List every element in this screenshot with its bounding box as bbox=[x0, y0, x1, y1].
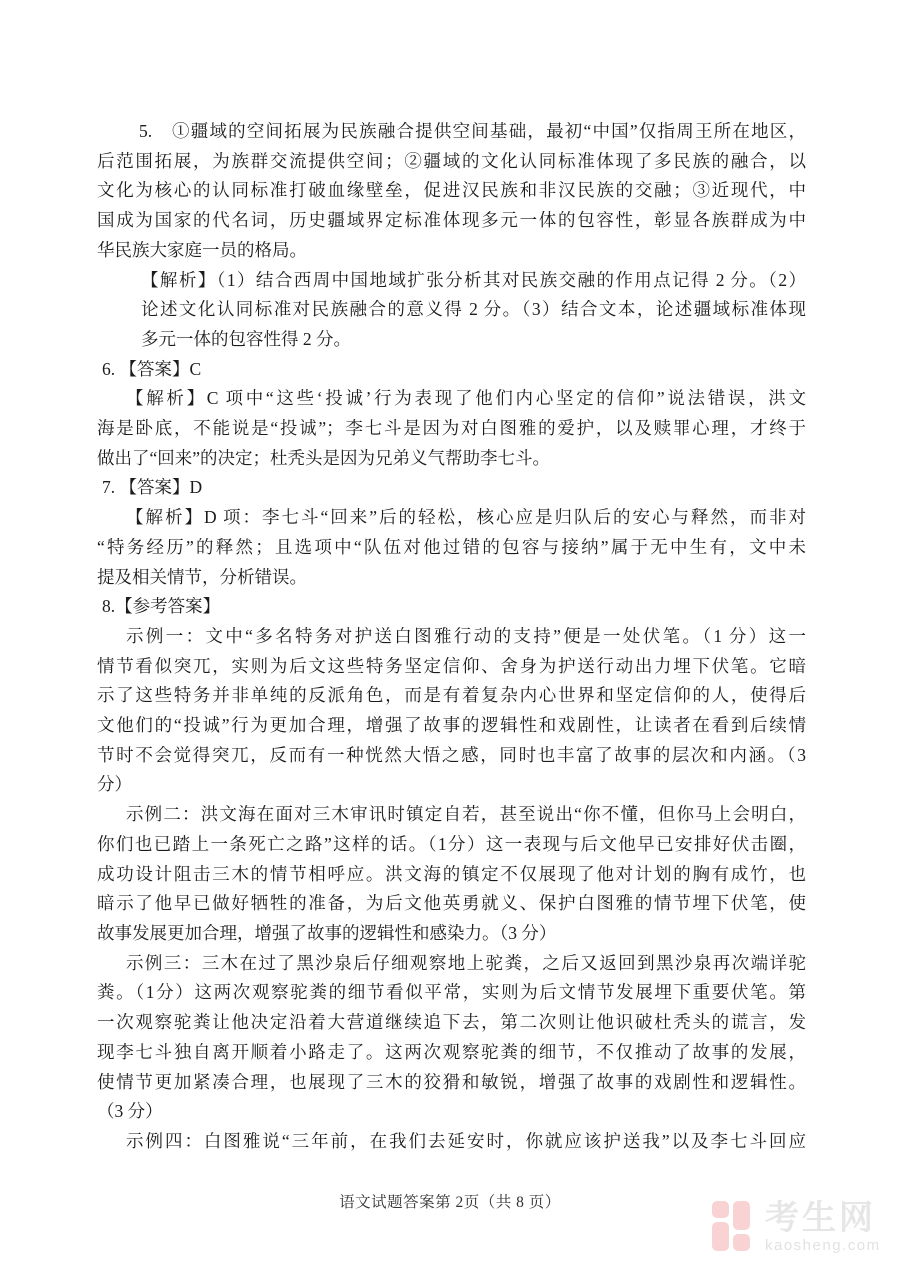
logo-block bbox=[712, 1201, 729, 1218]
watermark-brand: 考生网 bbox=[765, 1201, 881, 1235]
text-line: 示了这些特务并非单纯的反派角色，而是有着复杂内心世界和坚定信仰的人，使得后 bbox=[97, 681, 806, 711]
text-line: 论述文化认同标准对民族融合的意义得 2 分。（3）结合文本，论述疆域标准体现 bbox=[141, 295, 806, 325]
text-line: 示例三：三木在过了黑沙泉后仔细观察地上驼粪，之后又返回到黑沙泉再次端详驼 bbox=[97, 949, 806, 979]
text-line: 【解析】C 项中“这些‘投诚’行为表现了他们内心坚定的信仰”说法错误，洪文 bbox=[97, 384, 806, 414]
text-line: 华民族大家庭一员的格局。 bbox=[97, 236, 806, 266]
text-line: （3 分） bbox=[97, 1097, 806, 1127]
kaosheng-logo-icon bbox=[712, 1201, 752, 1253]
text-line: “特务经历”的释然；且选项中“队伍对他过错的包容与接纳”属于无中生有，文中未 bbox=[97, 533, 806, 563]
text-line: 示例二：洪文海在面对三木审讯时镇定自若，甚至说出“你不懂，但你马上会明白， bbox=[97, 800, 806, 830]
text-line: 5. ①疆域的空间拓展为民族融合提供空间基础，最初“中国”仅指周王所在地区， bbox=[97, 117, 806, 147]
text-line: 成功设计阻击三木的情节相呼应。洪文海的镇定不仅展现了他对计划的胸有成竹，也 bbox=[97, 860, 806, 890]
text-line: 故事发展更加合理，增强了故事的逻辑性和感染力。（3 分） bbox=[97, 919, 806, 949]
text-line: 节时不会觉得突兀，反而有一种恍然大悟之感，同时也丰富了故事的层次和内涵。（3 bbox=[97, 741, 806, 771]
text-line: 【解析】（1）结合西周中国地域扩张分析其对民族交融的作用点记得 2 分。（2） bbox=[141, 266, 806, 296]
text-line: 使情节更加紧凑合理，也展现了三木的狡猾和敏锐，增强了故事的戏剧性和逻辑性。 bbox=[97, 1068, 806, 1098]
text-line: 7. 【答案】D bbox=[97, 473, 806, 503]
watermark-text: 考生网 kaosheng.com bbox=[765, 1201, 881, 1255]
text-line: 文化为核心的认同标准打破血缘壁垒，促进汉民族和非汉民族的交融；③近现代，中 bbox=[97, 176, 806, 206]
text-line: 提及相关情节，分析错误。 bbox=[97, 563, 806, 593]
text-line: 示例一：文中“多名特务对护送白图雅行动的支持”便是一处伏笔。（1 分）这一 bbox=[97, 622, 806, 652]
text-line: 海是卧底，不能说是“投诚”；李七斗是因为对白图雅的爱护，以及赎罪心理，才终于 bbox=[97, 414, 806, 444]
text-line: 你们也已踏上一条死亡之路”这样的话。（1分）这一表现与后文他早已安排好伏击圈， bbox=[97, 830, 806, 860]
logo-block bbox=[733, 1234, 750, 1251]
text-line: 【解析】D 项：李七斗“回来”后的轻松，核心应是归队后的安心与释然，而非对 bbox=[97, 503, 806, 533]
kaosheng-watermark: 考生网 kaosheng.com bbox=[712, 1201, 881, 1255]
text-line: 国成为国家的代名词，历史疆域界定标准体现多元一体的包容性，彰显各族群成为中 bbox=[97, 206, 806, 236]
logo-block bbox=[733, 1201, 750, 1230]
text-line: 做出了“回来”的决定；杜秃头是因为兄弟义气帮助李七斗。 bbox=[97, 444, 806, 474]
text-line: 分） bbox=[97, 770, 806, 800]
text-line: 文他们的“投诚”行为更加合理，增强了故事的逻辑性和戏剧性，让读者在看到后续情 bbox=[97, 711, 806, 741]
text-line: 后范围拓展，为族群交流提供空间；②疆域的文化认同标准体现了多民族的融合，以 bbox=[97, 147, 806, 177]
text-line: 粪。（1分）这两次观察驼粪的细节看似平常，实则为后文情节发展埋下重要伏笔。第 bbox=[97, 978, 806, 1008]
text-line: 暗示了他早已做好牺牲的准备，为后文他英勇就义、保护白图雅的情节埋下伏笔，使 bbox=[97, 889, 806, 919]
logo-block bbox=[712, 1222, 729, 1251]
text-line: 一次观察驼粪让他决定沿着大营道继续追下去，第二次则让他识破杜秃头的谎言，发 bbox=[97, 1008, 806, 1038]
text-line: 6. 【答案】C bbox=[97, 355, 806, 385]
text-line: 示例四：白图雅说“三年前，在我们去延安时，你就应该护送我”以及李七斗回应 bbox=[97, 1127, 806, 1157]
text-line: 现李七斗独自离开顺着小路走了。这两次观察驼粪的细节，不仅推动了故事的发展， bbox=[97, 1038, 806, 1068]
answer-sheet-page: { "content": { "lines": [ {"text": "5. ①… bbox=[0, 0, 900, 1272]
text-line: 情节看似突兀，实则为后文这些特务坚定信仰、舍身为护送行动出力埋下伏笔。它暗 bbox=[97, 652, 806, 682]
document-body: 5. ①疆域的空间拓展为民族融合提供空间基础，最初“中国”仅指周王所在地区， 后… bbox=[97, 117, 806, 1157]
text-line: 8.【参考答案】 bbox=[97, 592, 806, 622]
watermark-domain: kaosheng.com bbox=[765, 1237, 881, 1255]
text-line: 多元一体的包容性得 2 分。 bbox=[141, 325, 806, 355]
